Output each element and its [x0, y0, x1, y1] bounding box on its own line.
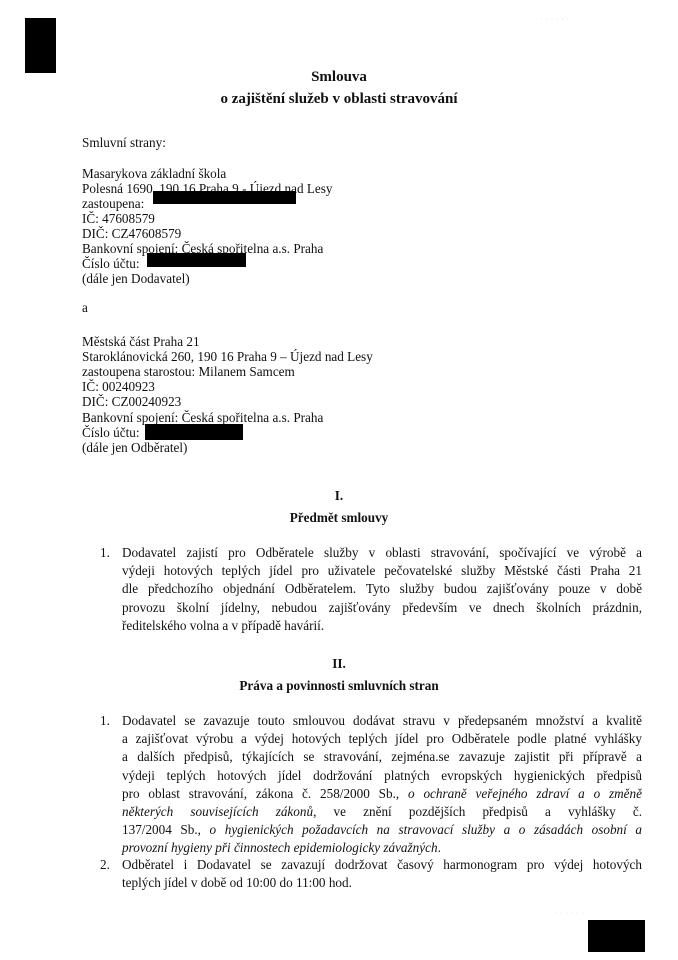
customer-address: Staroklánovická 260, 190 16 Praha 9 – Új…: [82, 349, 373, 365]
redacted-customer-account: [145, 424, 243, 440]
paragraph-line: dle předchozího objednání Odběratelem. T…: [122, 580, 642, 598]
customer-alias: (dále jen Odběratel): [82, 440, 187, 456]
redaction-box-bottom-right: [588, 920, 645, 952]
decree-title-italic: provozní hygieny při činnostech epidemio…: [122, 840, 438, 855]
redaction-box-top-left: [25, 18, 56, 73]
text-run: , ve znění pozdějších předpisů a vyhlášk…: [313, 804, 642, 819]
item-number: 1.: [100, 712, 110, 730]
customer-represented: zastoupena starostou: Milanem Samcem: [82, 364, 295, 380]
paragraph-line: provozní hygieny při činnostech epidemio…: [122, 839, 642, 857]
document-subtitle: o zajištění služeb v oblasti stravování: [0, 91, 678, 108]
paragraph-line: 137/2004 Sb., o hygienických požadavcích…: [122, 821, 642, 839]
decree-title-italic: o hygienických požadavcích na stravovací…: [210, 822, 642, 837]
redacted-representative: [153, 191, 296, 204]
paragraph-line: provozu školní jídelny, nebudou zajišťov…: [122, 599, 642, 617]
section-1-number: I.: [0, 488, 678, 504]
paragraph-line: výdeji teplých hotových jídel dodržování…: [122, 767, 642, 785]
faint-scan-mark-bottom: · · · · · ·: [555, 908, 584, 918]
customer-account-label: Číslo účtu:: [82, 425, 140, 441]
redacted-supplier-account: [147, 253, 246, 267]
paragraph-line: Dodavatel zajistí pro Odběratele služby …: [122, 544, 642, 562]
parties-heading: Smluvní strany:: [82, 135, 166, 151]
paragraph-line: a zajišťovat výrobu a výdej hotových tep…: [122, 730, 642, 748]
item-number: 1.: [100, 544, 110, 562]
paragraph-line: Odběratel i Dodavatel se zavazují dodržo…: [122, 856, 642, 874]
parties-conjunction: a: [82, 300, 88, 316]
law-title-italic: některých souvisejících zákonů: [122, 804, 313, 819]
customer-dic: DIČ: CZ00240923: [82, 394, 181, 410]
paragraph-line: Dodavatel se zavazuje touto smlouvou dod…: [122, 712, 642, 730]
paragraph-line: a dalších předpisů, týkajících se stravo…: [122, 748, 642, 766]
law-title-italic: o ochraně veřejného zdraví a o změně: [408, 786, 642, 801]
supplier-alias: (dále jen Dodavatel): [82, 271, 190, 287]
section-1-heading: Předmět smlouvy: [0, 510, 678, 526]
supplier-ic: IČ: 47608579: [82, 211, 155, 227]
text-run: 137/2004 Sb.,: [122, 822, 210, 837]
section-2-heading: Práva a povinnosti smluvních stran: [0, 678, 678, 694]
customer-ic: IČ: 00240923: [82, 379, 155, 395]
paragraph-line: pro oblast stravování, zákona č. 258/200…: [122, 785, 642, 803]
paragraph-line: ředitelského volna a v případě havárií.: [122, 617, 642, 635]
supplier-dic: DIČ: CZ47608579: [82, 226, 181, 242]
supplier-name: Masarykova základní škola: [82, 166, 226, 182]
supplier-represented-label: zastoupena:: [82, 196, 144, 212]
item-number: 2.: [100, 856, 110, 874]
customer-name: Městská část Praha 21: [82, 334, 200, 350]
paragraph-line: teplých jídel v době od 10:00 do 11:00 h…: [122, 874, 642, 892]
paragraph-line: některých souvisejících zákonů, ve znění…: [122, 803, 642, 821]
document-title: Smlouva: [0, 69, 678, 86]
faint-scan-mark-top: · · · · · ·: [540, 14, 569, 24]
paragraph-line: výdeji hotových teplých jídel pro uživat…: [122, 562, 642, 580]
text-run: .: [438, 840, 441, 855]
section-2-number: II.: [0, 656, 678, 672]
supplier-account-label: Číslo účtu:: [82, 256, 140, 272]
text-run: pro oblast stravování, zákona č. 258/200…: [122, 786, 408, 801]
